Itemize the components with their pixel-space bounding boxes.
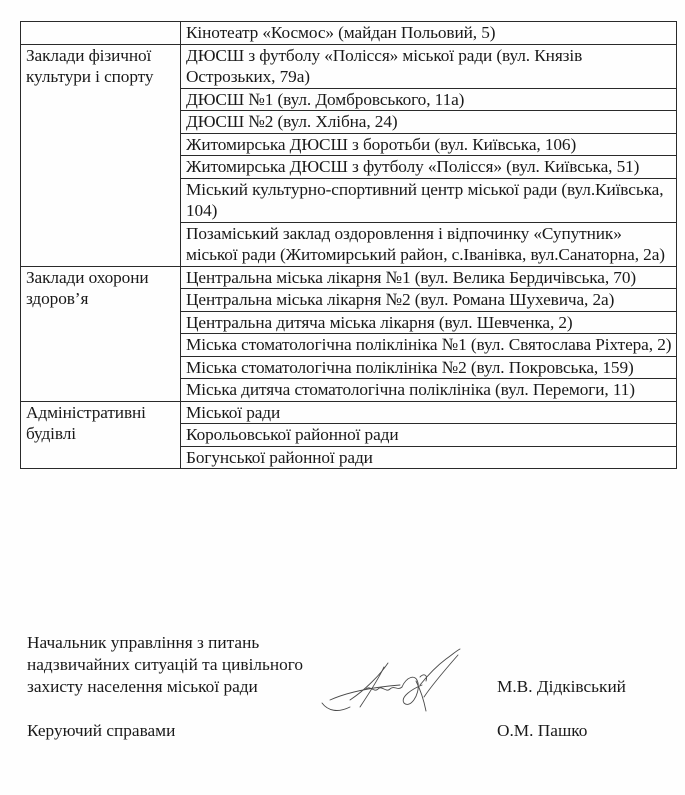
facility-cell: ДЮСШ з футболу «Полісся» міської ради (в… (181, 44, 677, 88)
facilities-table: Кінотеатр «Космос» (майдан Польовий, 5)З… (20, 21, 677, 469)
facility-cell: ДЮСШ №1 (вул. Домбровського, 11а) (181, 88, 677, 111)
handwritten-signature-icon (320, 645, 480, 715)
facility-cell: Міська стоматологічна поліклініка №2 (ву… (181, 356, 677, 379)
facility-cell: Кінотеатр «Космос» (майдан Польовий, 5) (181, 22, 677, 45)
facility-cell: Центральна міська лікарня №1 (вул. Велик… (181, 266, 677, 289)
signatory-1-title-line: захисту населення міської ради (27, 676, 303, 698)
table-row: Адміністративні будівліМіської ради (21, 401, 677, 424)
facility-cell: Міський культурно-спортивний центр міськ… (181, 178, 677, 222)
category-cell: Заклади охорони здоров’я (21, 266, 181, 401)
category-cell (21, 22, 181, 45)
table-row: Заклади фізичної культури і спортуДЮСШ з… (21, 44, 677, 88)
signatory-1-name: М.В. Дідківський (497, 676, 626, 698)
facility-cell: Житомирська ДЮСШ з боротьби (вул. Київсь… (181, 133, 677, 156)
signatory-1-title-line: надзвичайних ситуацій та цивільного (27, 654, 303, 676)
facility-cell: Центральна дитяча міська лікарня (вул. Ш… (181, 311, 677, 334)
signatory-2-name: О.М. Пашко (497, 720, 587, 742)
signatory-1-title-line: Начальник управління з питань (27, 632, 303, 654)
signatory-1-title: Начальник управління з питань надзвичайн… (27, 632, 303, 698)
facility-cell: Позаміський заклад оздоровлення і відпоч… (181, 222, 677, 266)
facility-cell: Корольовської районної ради (181, 424, 677, 447)
category-cell: Адміністративні будівлі (21, 401, 181, 469)
facility-cell: Міської ради (181, 401, 677, 424)
category-cell: Заклади фізичної культури і спорту (21, 44, 181, 266)
facility-cell: Міська стоматологічна поліклініка №1 (ву… (181, 334, 677, 357)
facility-cell: Центральна міська лікарня №2 (вул. Роман… (181, 289, 677, 312)
facility-cell: Житомирська ДЮСШ з футболу «Полісся» (ву… (181, 156, 677, 179)
signatory-2-title: Керуючий справами (27, 720, 175, 742)
facility-cell: Богунської районної ради (181, 446, 677, 469)
facilities-table-body: Кінотеатр «Космос» (майдан Польовий, 5)З… (21, 22, 677, 469)
facility-cell: Міська дитяча стоматологічна поліклініка… (181, 379, 677, 402)
document-page: Кінотеатр «Космос» (майдан Польовий, 5)З… (0, 0, 685, 795)
table-row: Кінотеатр «Космос» (майдан Польовий, 5) (21, 22, 677, 45)
table-row: Заклади охорони здоров’яЦентральна міськ… (21, 266, 677, 289)
facility-cell: ДЮСШ №2 (вул. Хлібна, 24) (181, 111, 677, 134)
